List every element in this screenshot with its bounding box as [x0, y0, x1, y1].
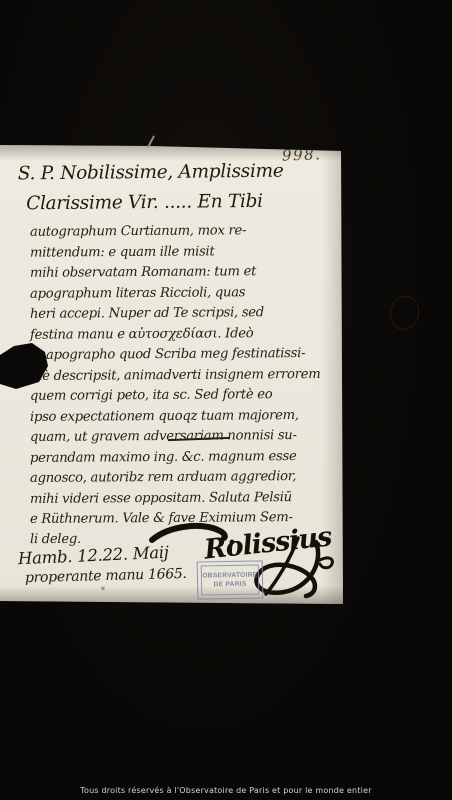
manuscript-line: perandam maximo ing. &c. magnum esse [30, 449, 297, 466]
manuscript-line: quem corrigi peto, ita sc. Sed fortè eo [30, 387, 272, 404]
manuscript-photo: 998. S. P. Nobilissime, Amplissime Clari… [0, 0, 452, 800]
paper-tear-mark [147, 135, 155, 147]
stamp-text-line: DE PARIS [213, 581, 246, 589]
ink-blot [0, 341, 56, 395]
manuscript-line: agnosco, autoribz rem arduam aggredior, [30, 469, 296, 486]
copyright-caption: Tous droits réservés à l'Observatoire de… [0, 786, 452, 795]
manuscript-line: quam, ut gravem adversariam nonnisi su- [30, 428, 297, 445]
asterisk-mark: * [101, 586, 105, 595]
manuscript-line: mè descripsit, animadverti insignem erro… [30, 366, 320, 383]
manuscript-line: mihi observatam Romanam: tum et [30, 264, 256, 281]
letter-page: 998. S. P. Nobilissime, Amplissime Clari… [0, 0, 452, 800]
manuscript-line: festina manu e αὐτοσχεδίασι. Ideò [30, 326, 253, 343]
manuscript-line: mihi videri esse oppositam. Saluta Pelsi… [30, 490, 292, 507]
archive-number-overline [269, 142, 322, 147]
stamp-text-line: OBSERVATOIRE [202, 572, 257, 580]
observatory-stamp-frame: OBSERVATOIRE DE PARIS [201, 564, 260, 595]
manuscript-line: in apographo quod Scriba meg festinatiss… [30, 346, 305, 363]
manuscript-line: li deleg. [30, 531, 81, 546]
faint-ring-mark [387, 293, 422, 332]
observatory-stamp: OBSERVATOIRE DE PARIS [197, 560, 264, 599]
manuscript-line: apographum literas Riccioli, quas [30, 285, 245, 302]
manuscript-line: heri accepi. Nuper ad Te scripsi, sed [30, 305, 264, 322]
salutation-block: S. P. Nobilissime, Amplissime Clarissime… [18, 157, 284, 220]
salutation-line: Clarissime Vir. ..... En Tibi [18, 187, 284, 220]
manuscript-line: ipso expectationem quoqz tuam majorem, [30, 408, 299, 425]
manuscript-line: autographum Curtianum, mox re- [30, 223, 246, 240]
archive-number: 998. [282, 145, 322, 164]
manuscript-line: mittendum: e quam ille misit [30, 244, 215, 260]
salutation-line: S. P. Nobilissime, Amplissime [18, 157, 284, 190]
